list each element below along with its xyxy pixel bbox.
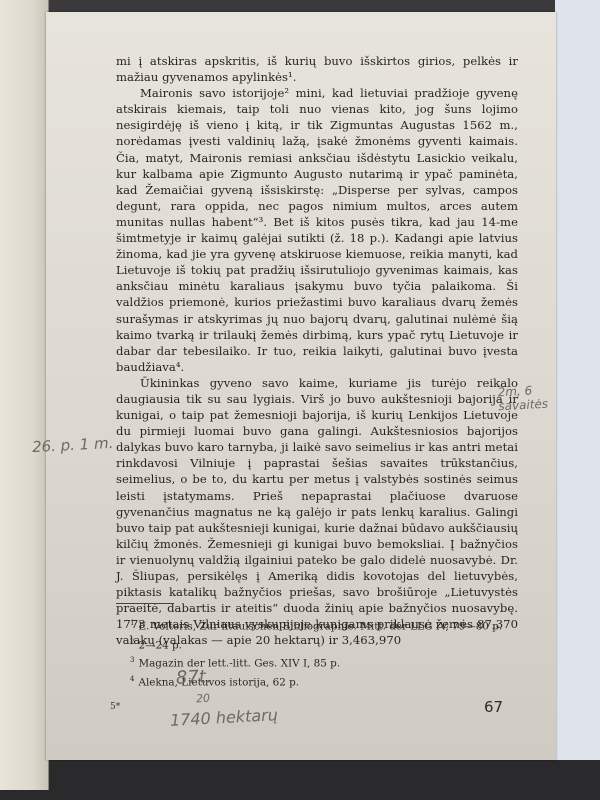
footnote: 1E. Volteris, Zur litauischen Bibliograp… — [130, 616, 530, 635]
previous-page-edge — [0, 0, 49, 790]
handwritten-note-right: 2m, 6 savaitės — [497, 383, 548, 414]
paragraph: Maironis savo istorijoje² mini, kad liet… — [116, 85, 518, 375]
handwritten-note-hectares: 1740 hektarų — [170, 705, 279, 730]
paragraph: Ūkininkas gyveno savo kaime, kuriame jis… — [116, 375, 518, 649]
footnote-divider — [116, 603, 174, 604]
page-number: 67 — [484, 698, 503, 716]
background-surface — [555, 0, 600, 760]
handwritten-note-numerator: 20 — [196, 692, 211, 706]
handwritten-note-bottom: 87t. — [175, 666, 212, 689]
paragraph: mi į atskiras apskritis, iš kurių buvo i… — [116, 53, 518, 85]
book-page: mi į atskiras apskritis, iš kurių buvo i… — [46, 12, 556, 760]
signature-mark: 5* — [110, 702, 120, 712]
background-top — [0, 0, 600, 12]
body-text: mi į atskiras apskritis, iš kurių buvo i… — [116, 53, 518, 648]
footnote: 22—24 p. — [130, 635, 530, 654]
handwritten-note-left: 26. p. 1 m. — [32, 434, 114, 456]
